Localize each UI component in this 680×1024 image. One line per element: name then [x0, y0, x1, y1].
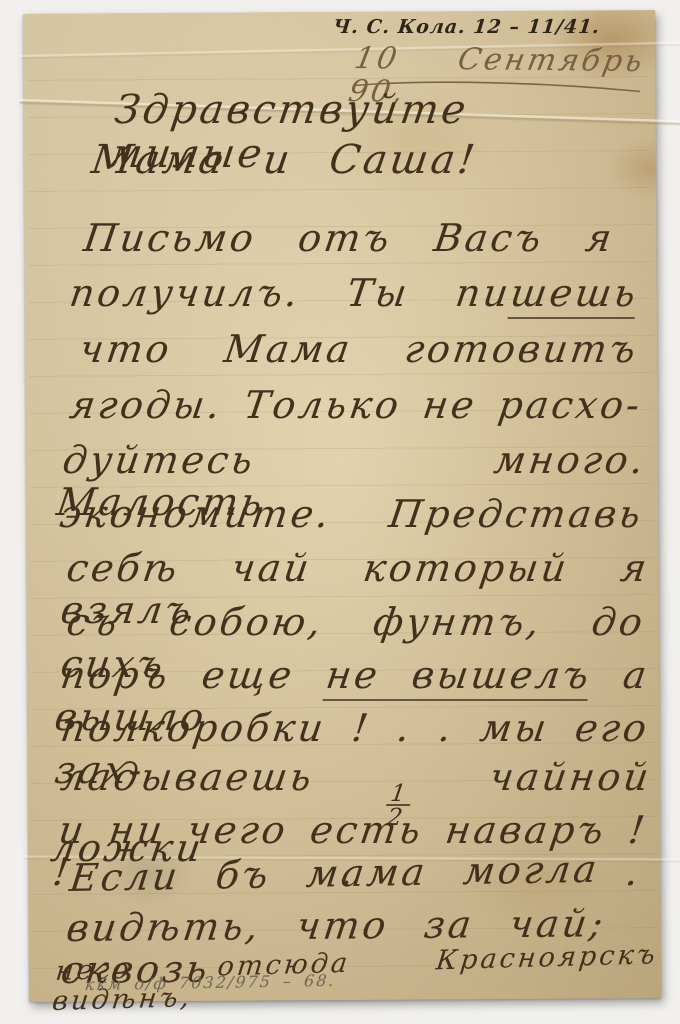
line-text: ладываешь [58, 755, 389, 799]
scan-background: Ч. С. Кола. 12 – 11/41. 10 Сентябрь 90, … [0, 0, 680, 1024]
handwriting-line: что Мама готовитъ [77, 329, 641, 371]
handwriting-line: Письмо отъ Васъ я [81, 218, 617, 260]
archival-annotation: Ч. С. Кола. 12 – 11/41. [332, 17, 601, 39]
handwriting-line: ягоды. Только не расхо- [67, 385, 645, 427]
handwriting-line: экономите. Представь [57, 494, 646, 536]
underlined-text: шешь [507, 271, 641, 319]
underlined-text: не вышелъ [323, 653, 595, 701]
line-text: получилъ. Ты пи [67, 271, 514, 315]
handwriting-line: Мама и Саша! [89, 138, 480, 182]
handwriting-line: получилъ. Ты пишешь [67, 273, 641, 315]
line-text: поръ еще [58, 653, 330, 697]
